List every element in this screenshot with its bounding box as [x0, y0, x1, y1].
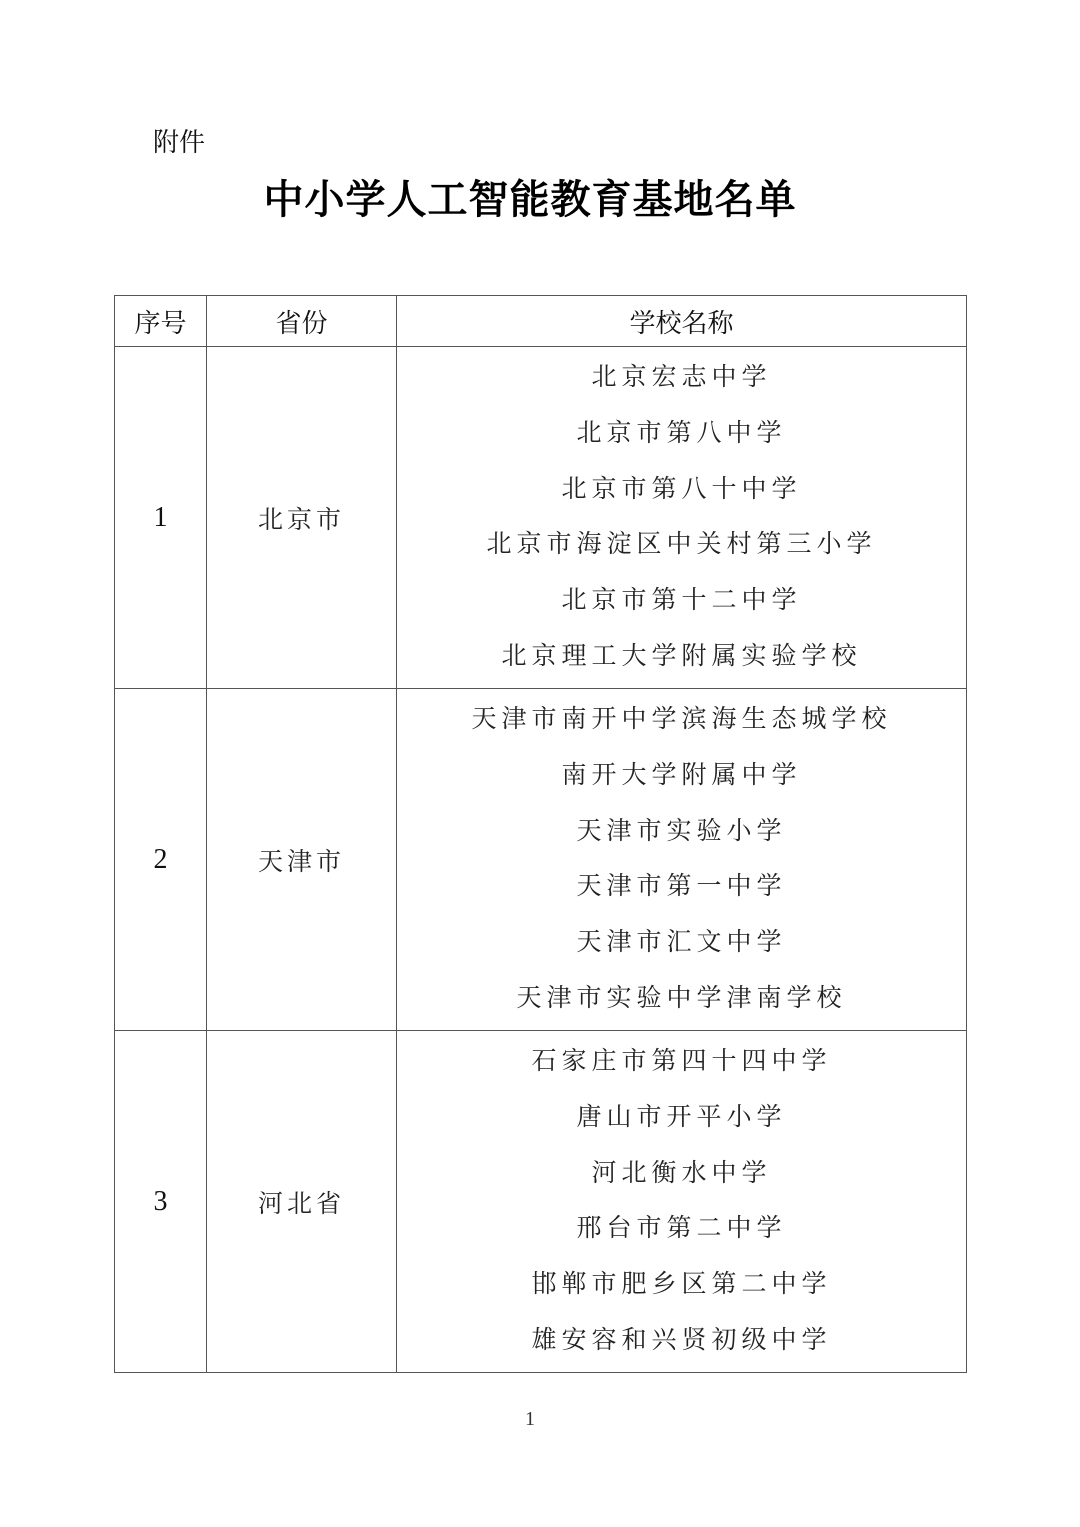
school-name: 唐山市开平小学 [397, 1091, 966, 1143]
school-list-table: 序号 省份 学校名称 1 北京市 北京宏志中学 北京市第八中学 北京市第八十中学… [114, 295, 967, 1373]
header-province: 省份 [207, 296, 397, 347]
school-name: 天津市实验小学 [397, 805, 966, 857]
header-school-name: 学校名称 [397, 296, 967, 347]
document-title: 中小学人工智能教育基地名单 [0, 170, 1060, 230]
school-name: 天津市第一中学 [397, 860, 966, 912]
serial-number-cell: 1 [115, 347, 207, 689]
school-name: 天津市汇文中学 [397, 916, 966, 968]
table-row: 1 北京市 北京宏志中学 北京市第八中学 北京市第八十中学 北京市海淀区中关村第… [115, 347, 967, 689]
school-name: 邢台市第二中学 [397, 1202, 966, 1254]
school-list: 北京宏志中学 北京市第八中学 北京市第八十中学 北京市海淀区中关村第三小学 北京… [397, 347, 966, 688]
header-serial-number: 序号 [115, 296, 207, 347]
school-list: 石家庄市第四十四中学 唐山市开平小学 河北衡水中学 邢台市第二中学 邯郸市肥乡区… [397, 1031, 966, 1372]
school-name: 天津市实验中学津南学校 [397, 972, 966, 1024]
school-name: 北京市第八十中学 [397, 463, 966, 515]
school-name: 北京市海淀区中关村第三小学 [397, 518, 966, 570]
table-row: 2 天津市 天津市南开中学滨海生态城学校 南开大学附属中学 天津市实验小学 天津… [115, 689, 967, 1031]
province-cell: 河北省 [207, 1031, 397, 1373]
serial-number-cell: 2 [115, 689, 207, 1031]
school-name: 邯郸市肥乡区第二中学 [397, 1258, 966, 1310]
schools-cell: 石家庄市第四十四中学 唐山市开平小学 河北衡水中学 邢台市第二中学 邯郸市肥乡区… [397, 1031, 967, 1373]
schools-cell: 北京宏志中学 北京市第八中学 北京市第八十中学 北京市海淀区中关村第三小学 北京… [397, 347, 967, 689]
table-row: 3 河北省 石家庄市第四十四中学 唐山市开平小学 河北衡水中学 邢台市第二中学 … [115, 1031, 967, 1373]
school-name: 北京市第八中学 [397, 407, 966, 459]
school-name: 天津市南开中学滨海生态城学校 [397, 693, 966, 745]
school-list: 天津市南开中学滨海生态城学校 南开大学附属中学 天津市实验小学 天津市第一中学 … [397, 689, 966, 1030]
page-number: 1 [0, 1408, 1060, 1431]
table-header-row: 序号 省份 学校名称 [115, 296, 967, 347]
school-name: 北京市第十二中学 [397, 574, 966, 626]
province-cell: 天津市 [207, 689, 397, 1031]
school-name: 北京宏志中学 [397, 351, 966, 403]
school-name: 河北衡水中学 [397, 1147, 966, 1199]
province-cell: 北京市 [207, 347, 397, 689]
school-name: 北京理工大学附属实验学校 [397, 630, 966, 682]
school-name: 南开大学附属中学 [397, 749, 966, 801]
school-name: 石家庄市第四十四中学 [397, 1035, 966, 1087]
serial-number-cell: 3 [115, 1031, 207, 1373]
school-name: 雄安容和兴贤初级中学 [397, 1314, 966, 1366]
schools-cell: 天津市南开中学滨海生态城学校 南开大学附属中学 天津市实验小学 天津市第一中学 … [397, 689, 967, 1031]
school-list-table-container: 序号 省份 学校名称 1 北京市 北京宏志中学 北京市第八中学 北京市第八十中学… [114, 295, 966, 1373]
attachment-label: 附件 [153, 123, 205, 163]
